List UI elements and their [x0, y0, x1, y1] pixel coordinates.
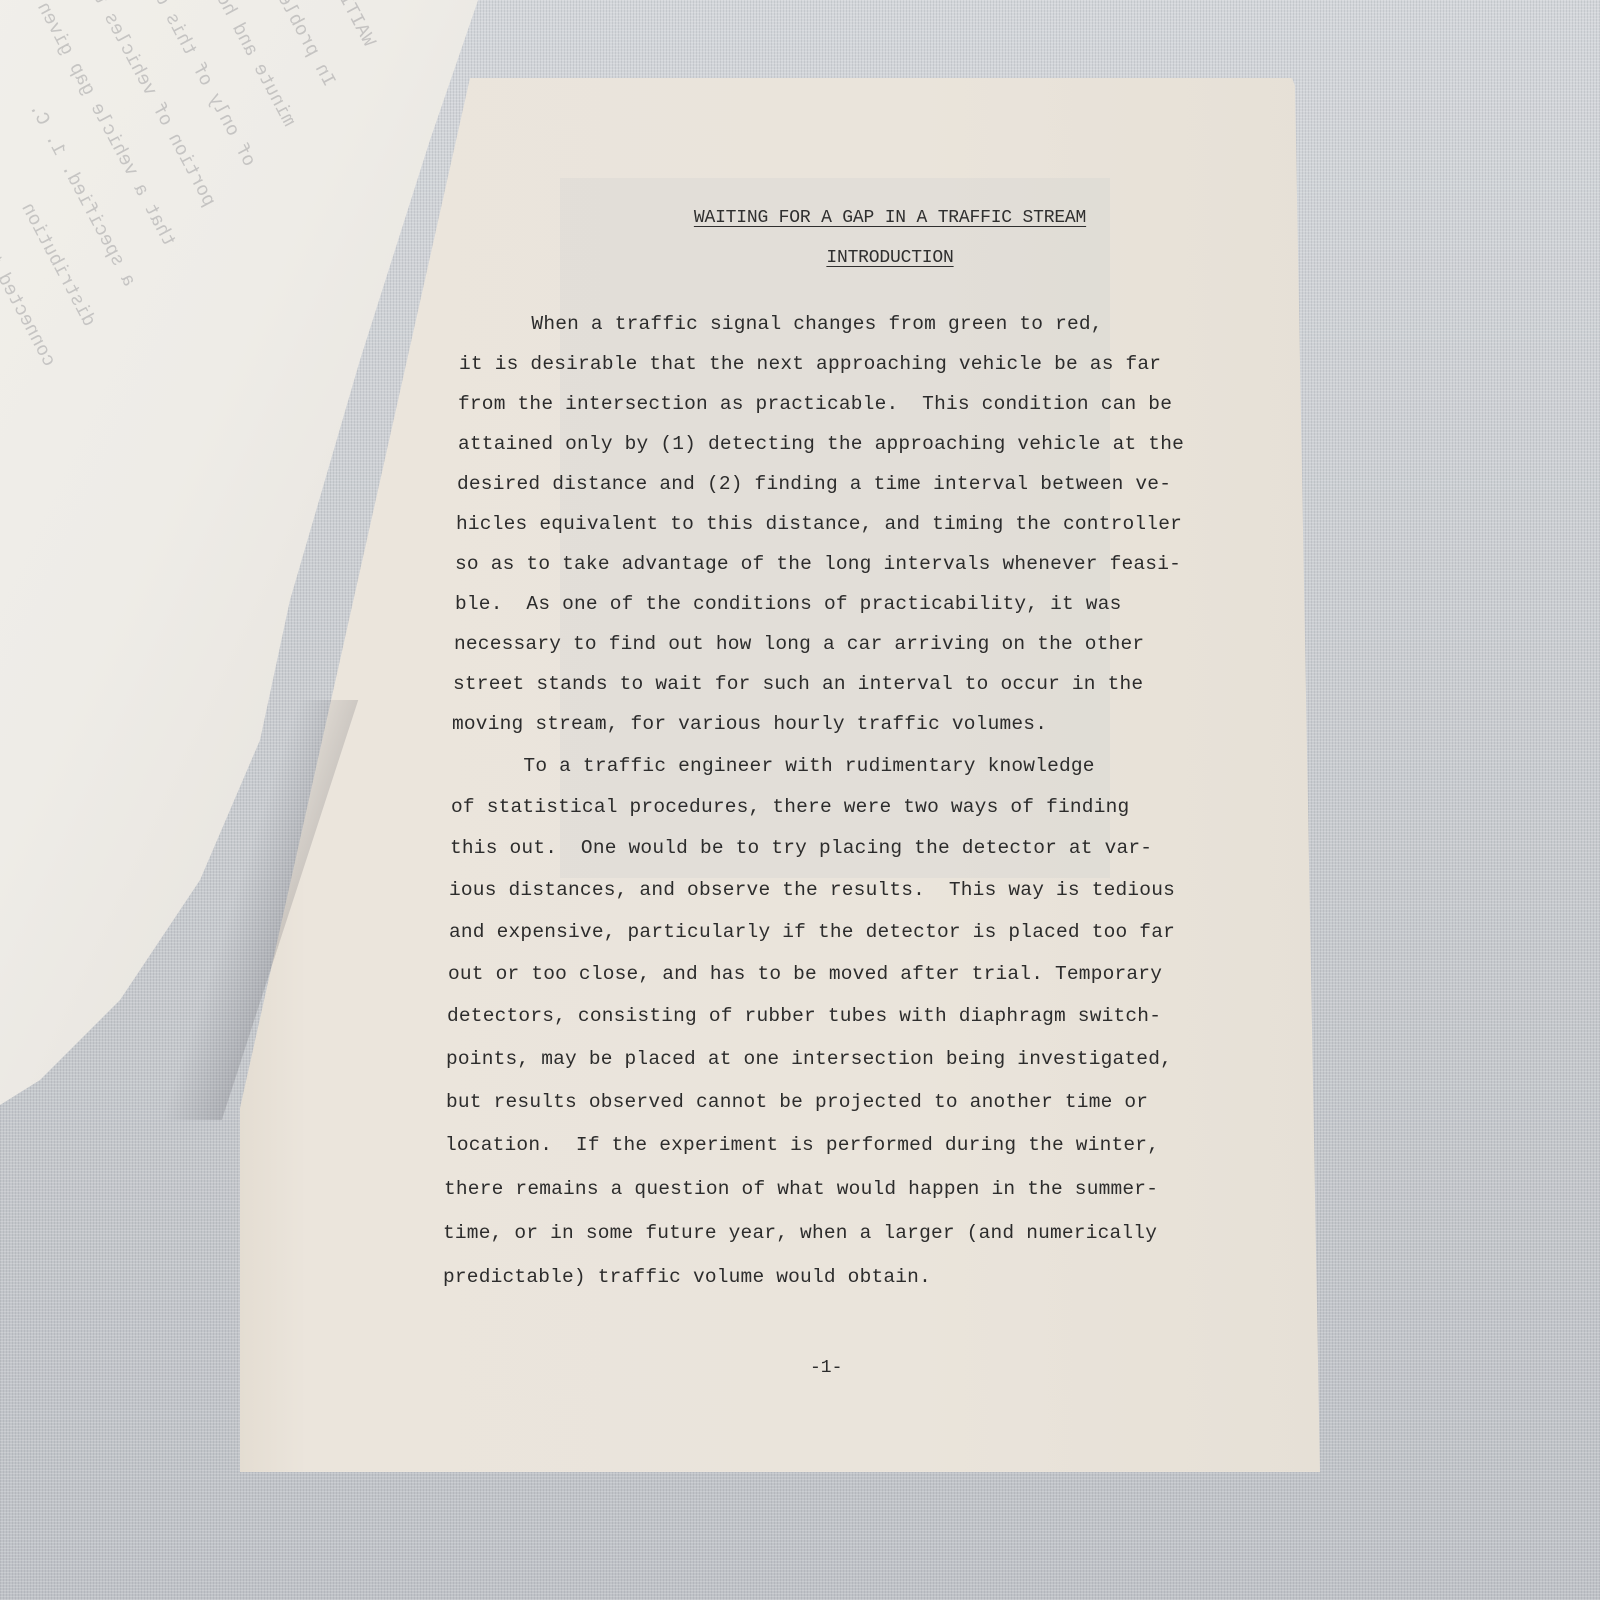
text-line: To a traffic engineer with rudimentary k…	[452, 755, 1095, 777]
text-line: street stands to wait for such an interv…	[453, 673, 1143, 695]
text-line: desired distance and (2) finding a time …	[457, 473, 1171, 495]
text-line: time, or in some future year, when a lar…	[443, 1222, 1157, 1244]
text-line: from the intersection as practicable. Th…	[458, 393, 1172, 415]
page-number: -1-	[810, 1358, 842, 1378]
text-line: ious distances, and observe the results.…	[449, 879, 1175, 901]
text-line: points, may be placed at one intersectio…	[446, 1048, 1172, 1070]
document-page: WAITING FOR A GAP IN A TRAFFIC STREAM IN…	[240, 78, 1352, 1472]
text-line: so as to take advantage of the long inte…	[455, 553, 1181, 575]
text-line: necessary to find out how long a car arr…	[454, 633, 1144, 655]
section-heading: INTRODUCTION	[590, 248, 1190, 268]
text-line: attained only by (1) detecting the appro…	[458, 433, 1184, 455]
text-line: this out. One would be to try placing th…	[450, 837, 1152, 859]
text-line: it is desirable that the next approachin…	[459, 353, 1161, 375]
ghost-text-line: a specified. 1. C.	[24, 99, 140, 291]
text-line: moving stream, for various hourly traffi…	[452, 713, 1047, 735]
text-line: ble. As one of the conditions of practic…	[455, 593, 1122, 615]
text-line: predictable) traffic volume would obtain…	[443, 1266, 931, 1288]
text-line: When a traffic signal changes from green…	[460, 313, 1103, 335]
text-line: out or too close, and has to be moved af…	[448, 963, 1162, 985]
text-line: of statistical procedures, there were tw…	[451, 796, 1129, 818]
text-line: there remains a question of what would h…	[444, 1178, 1158, 1200]
text-line: detectors, consisting of rubber tubes wi…	[447, 1005, 1161, 1027]
text-line: and expensive, particularly if the detec…	[449, 921, 1175, 943]
document-title: WAITING FOR A GAP IN A TRAFFIC STREAM	[590, 208, 1190, 228]
text-line: but results observed cannot be projected…	[446, 1091, 1148, 1113]
text-line: hicles equivalent to this distance, and …	[456, 513, 1182, 535]
text-line: location. If the experiment is performed…	[445, 1134, 1159, 1156]
